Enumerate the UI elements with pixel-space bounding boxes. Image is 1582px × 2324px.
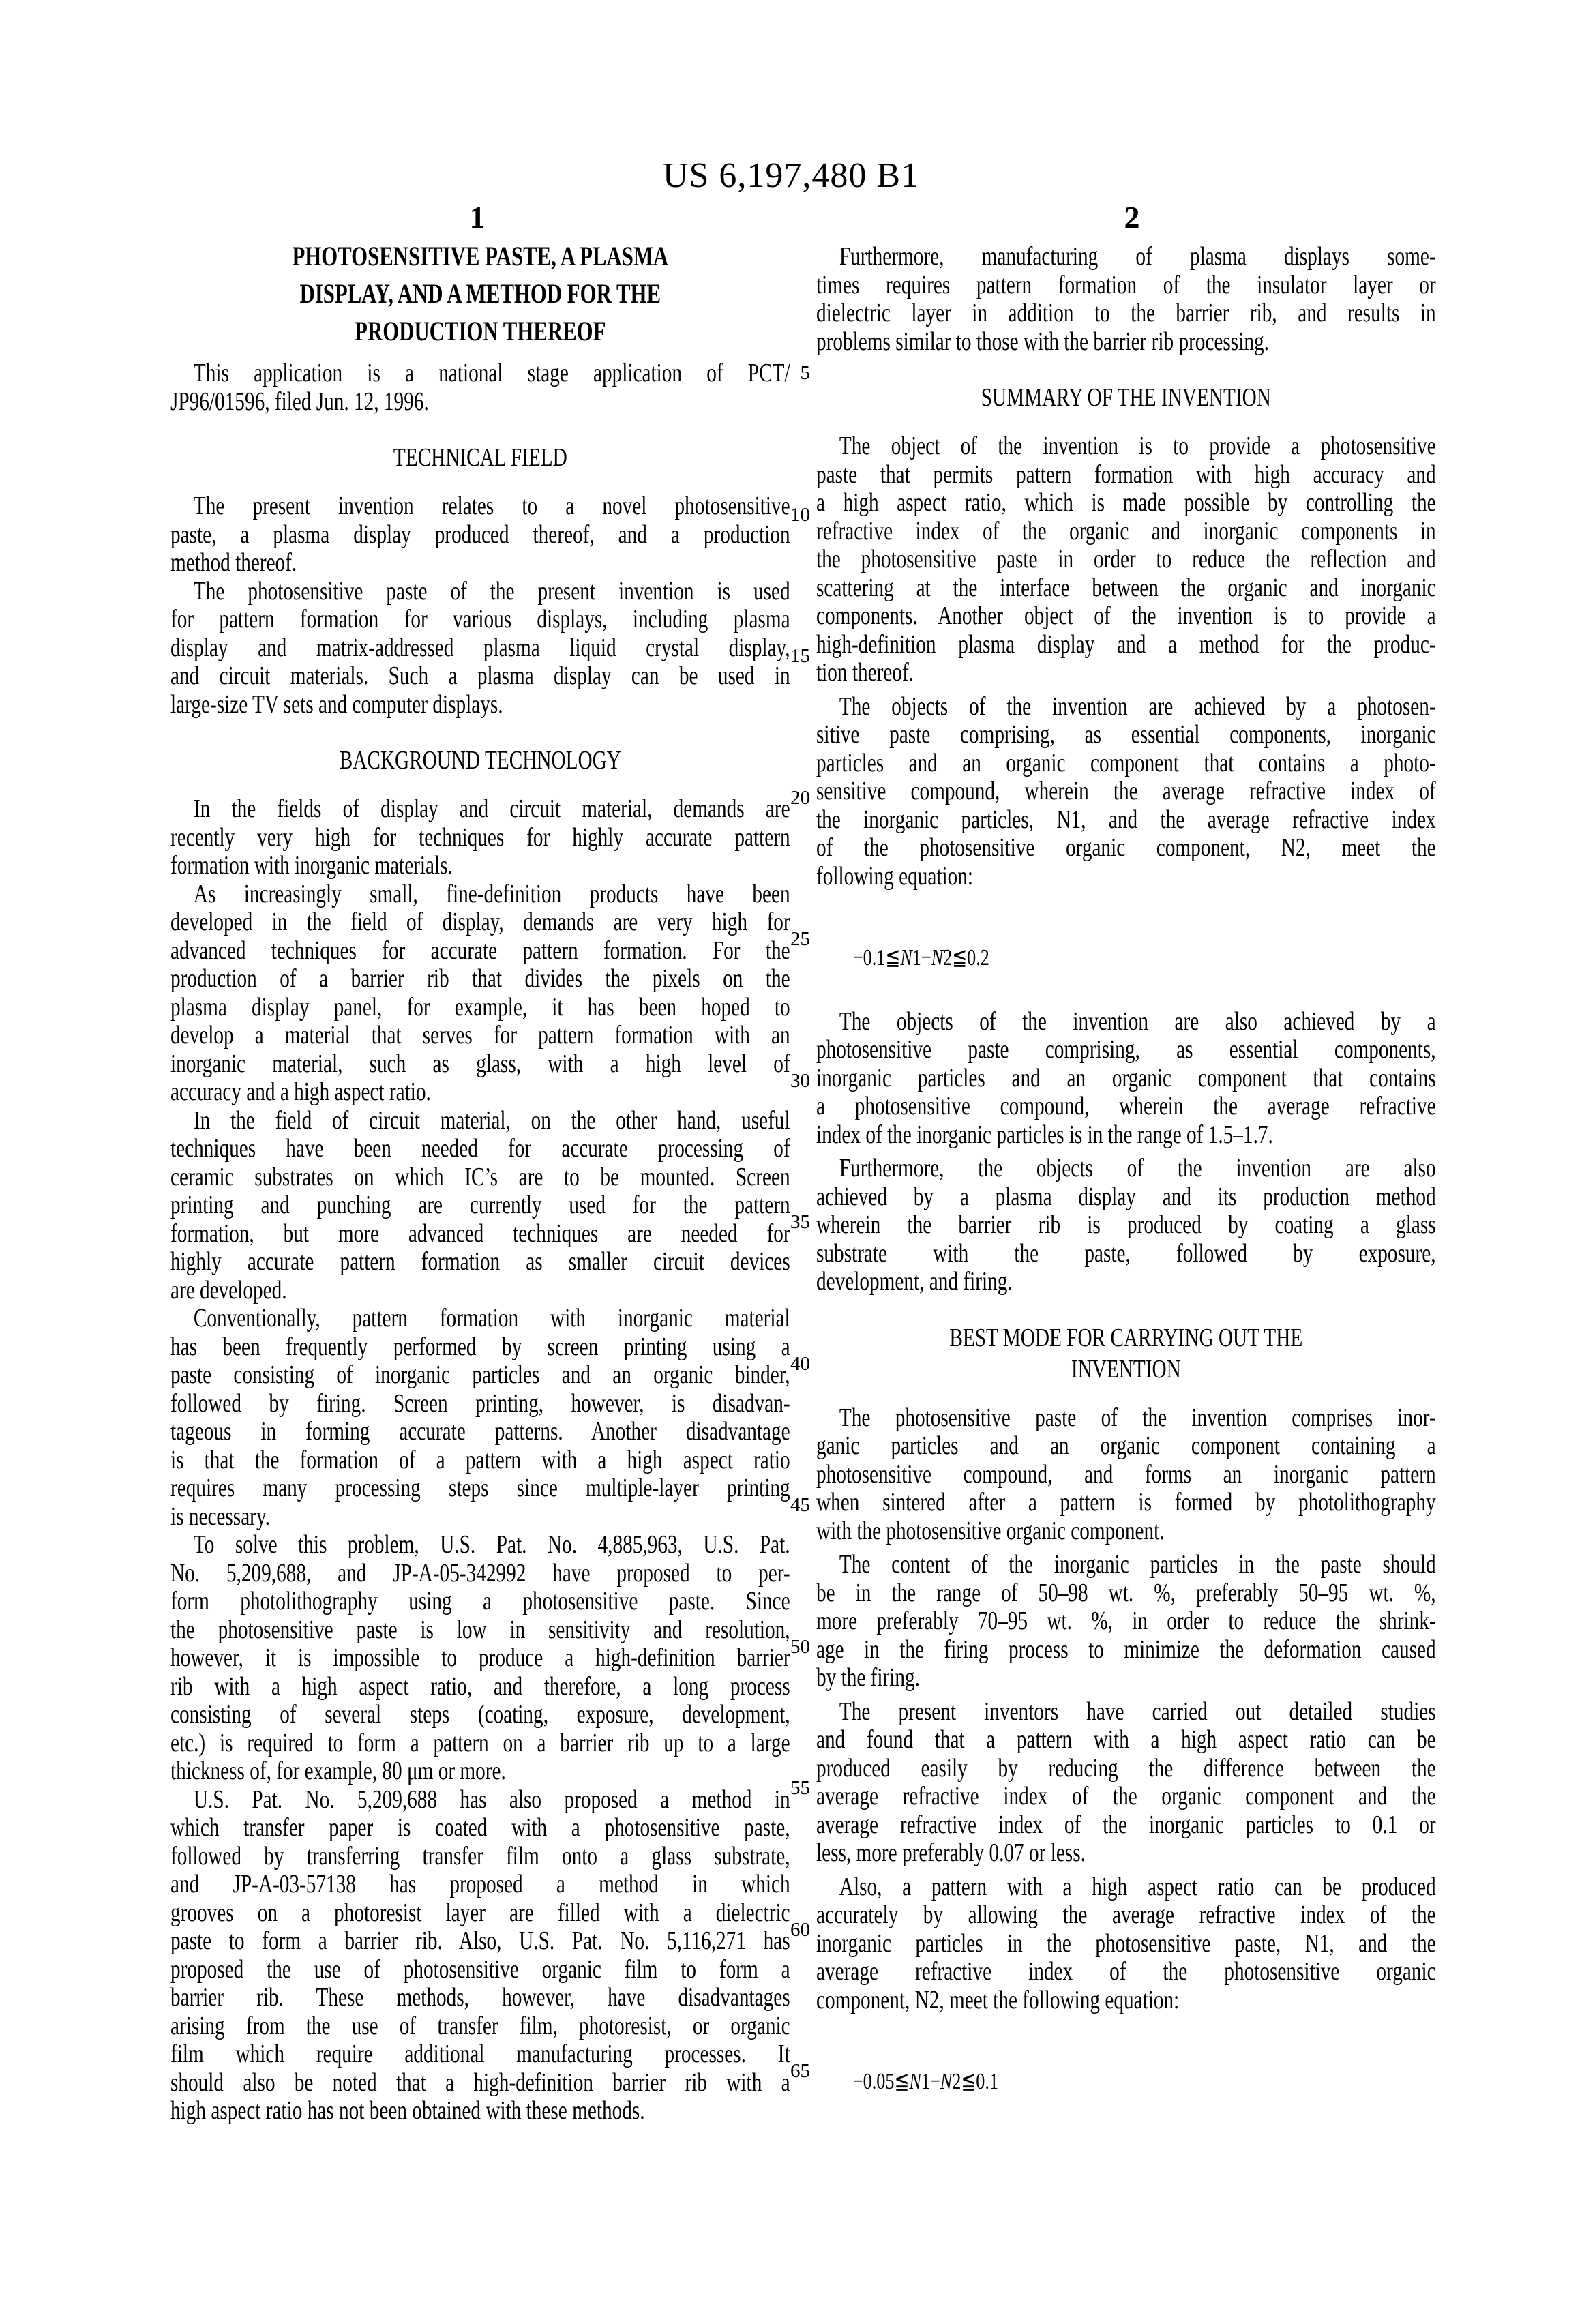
- equation: −0.05≦N1−N2≦0.1: [816, 2068, 1436, 2096]
- text-line: scattering at the interface between the …: [816, 574, 1436, 603]
- text-line: As increasingly small, fine-definition p…: [170, 880, 790, 909]
- line-number: 45: [753, 1493, 810, 1517]
- text-line: however, it is impossible to produce a h…: [170, 1644, 790, 1673]
- patent-number-header: US 6,197,480 B1: [0, 155, 1582, 196]
- text-line: paste that permits pattern formation wit…: [816, 461, 1436, 490]
- text-line: grooves on a photoresist layer are fille…: [170, 1899, 790, 1928]
- text-line: problems similar to those with the barri…: [816, 328, 1436, 357]
- text-line: of the photosensitive organic component,…: [816, 834, 1436, 863]
- text-line: photosensitive compound, and forms an in…: [816, 1461, 1436, 1489]
- paragraph: The objects of the invention are also ac…: [816, 1008, 1436, 1150]
- line-number: 25: [753, 927, 810, 951]
- text-line: techniques have been needed for accurate…: [170, 1135, 790, 1163]
- text-line: method thereof.: [170, 549, 790, 578]
- section-heading: BEST MODE FOR CARRYING OUT THEINVENTION: [816, 1322, 1436, 1385]
- section-heading-line: SUMMARY OF THE INVENTION: [816, 382, 1436, 413]
- text-line: be in the range of 50–98 wt. %, preferab…: [816, 1579, 1436, 1608]
- line-number: 55: [753, 1776, 810, 1800]
- text-line: is that the formation of a pattern with …: [170, 1446, 790, 1475]
- text-line: following equation:: [816, 863, 1436, 891]
- text-line: sensitive compound, wherein the average …: [816, 777, 1436, 806]
- text-line: The content of the inorganic particles i…: [816, 1551, 1436, 1579]
- text-line: barrier rib. These methods, however, hav…: [170, 1984, 790, 2012]
- text-line: the photosensitive paste in order to red…: [816, 546, 1436, 574]
- text-line: Also, a pattern with a high aspect ratio…: [816, 1873, 1436, 1902]
- text-line: high aspect ratio has not been obtained …: [170, 2097, 790, 2126]
- line-number: 50: [753, 1635, 810, 1659]
- text-line: high-definition plasma display and a met…: [816, 631, 1436, 659]
- paragraph: The present inventors have carried out d…: [816, 1698, 1436, 1868]
- text-line: plasma display panel, for example, it ha…: [170, 994, 790, 1022]
- section-heading: BACKGROUND TECHNOLOGY: [170, 745, 790, 776]
- text-line: The photosensitive paste of the present …: [170, 578, 790, 606]
- text-line: average refractive index of the organic …: [816, 1783, 1436, 1811]
- line-number: 35: [753, 1210, 810, 1234]
- paragraph: In the fields of display and circuit mat…: [170, 795, 790, 880]
- text-line: arising from the use of transfer film, p…: [170, 2012, 790, 2041]
- text-line: are developed.: [170, 1277, 790, 1305]
- paragraph: Conventionally, pattern formation with i…: [170, 1305, 790, 1531]
- text-line: components. Another object of the invent…: [816, 602, 1436, 631]
- text-line: should also be noted that a high-definit…: [170, 2069, 790, 2098]
- text-line: tageous in forming accurate patterns. An…: [170, 1418, 790, 1446]
- text-line: Conventionally, pattern formation with i…: [170, 1305, 790, 1333]
- column-right: Furthermore, manufacturing of plasma dis…: [816, 237, 1582, 2132]
- text-line: the inorganic particles, N1, and the ave…: [816, 806, 1436, 835]
- text-line: develop a material that serves for patte…: [170, 1022, 790, 1050]
- line-number: 5: [753, 361, 810, 385]
- section-heading: SUMMARY OF THE INVENTION: [816, 382, 1436, 413]
- invention-title: PHOTOSENSITIVE PASTE, A PLASMA DISPLAY, …: [170, 237, 790, 350]
- text-line: The present inventors have carried out d…: [816, 1698, 1436, 1727]
- text-line: is necessary.: [170, 1503, 790, 1532]
- text-line: paste to form a barrier rib. Also, U.S. …: [170, 1927, 790, 1956]
- text-line: for pattern formation for various displa…: [170, 606, 790, 634]
- invention-title-line: PRODUCTION THEREOF: [170, 312, 790, 350]
- section-heading-line: BEST MODE FOR CARRYING OUT THE: [816, 1322, 1436, 1354]
- invention-title-line: DISPLAY, AND A METHOD FOR THE: [170, 275, 790, 312]
- paragraph: To solve this problem, U.S. Pat. No. 4,8…: [170, 1531, 790, 1786]
- line-number: 40: [753, 1352, 810, 1376]
- line-number: 10: [753, 503, 810, 527]
- paragraph: Also, a pattern with a high aspect ratio…: [816, 1873, 1436, 2015]
- paragraph: The content of the inorganic particles i…: [816, 1551, 1436, 1693]
- text-line: substrate with the paste, followed by ex…: [816, 1240, 1436, 1268]
- text-line: and JP-A-03-57138 has proposed a method …: [170, 1871, 790, 1899]
- paragraph: This application is a national stage app…: [170, 359, 790, 416]
- text-line: development, and firing.: [816, 1268, 1436, 1296]
- text-line: average refractive index of the inorgani…: [816, 1811, 1436, 1840]
- paragraph: The present invention relates to a novel…: [170, 492, 790, 578]
- text-line: In the fields of display and circuit mat…: [170, 795, 790, 824]
- text-line: produced easily by reducing the differen…: [816, 1755, 1436, 1783]
- text-line: This application is a national stage app…: [170, 359, 790, 388]
- text-line: developed in the field of display, deman…: [170, 908, 790, 937]
- text-line: by the firing.: [816, 1664, 1436, 1693]
- text-line: less, more preferably 0.07 or less.: [816, 1839, 1436, 1868]
- text-line: inorganic particles in the photosensitiv…: [816, 1930, 1436, 1958]
- column-number-left: 1: [409, 199, 546, 235]
- text-line: paste consisting of inorganic particles …: [170, 1361, 790, 1390]
- text-line: times requires pattern formation of the …: [816, 271, 1436, 300]
- text-line: film which require additional manufactur…: [170, 2040, 790, 2069]
- line-number: 30: [753, 1069, 810, 1093]
- text-line: sitive paste comprising, as essential co…: [816, 721, 1436, 749]
- text-line: thickness of, for example, 80 μm or more…: [170, 1757, 790, 1786]
- text-line: requires many processing steps since mul…: [170, 1474, 790, 1503]
- text-line: form photolithography using a photosensi…: [170, 1588, 790, 1616]
- text-line: refractive index of the organic and inor…: [816, 518, 1436, 546]
- text-line: display and matrix-addressed plasma liqu…: [170, 634, 790, 663]
- column-left-inner: PHOTOSENSITIVE PASTE, A PLASMA DISPLAY, …: [170, 237, 790, 2126]
- paragraph: The object of the invention is to provid…: [816, 432, 1436, 687]
- text-line: In the field of circuit material, on the…: [170, 1107, 790, 1135]
- text-line: formation with inorganic materials.: [170, 852, 790, 880]
- text-line: proposed the use of photosensitive organ…: [170, 1956, 790, 1984]
- paragraph: Furthermore, the objects of the inventio…: [816, 1154, 1436, 1296]
- line-number: 15: [753, 644, 810, 668]
- paragraph: Furthermore, manufacturing of plasma dis…: [816, 243, 1436, 356]
- text-line: inorganic material, such as glass, with …: [170, 1050, 790, 1079]
- section-heading-line: INVENTION: [816, 1354, 1436, 1385]
- text-line: Furthermore, the objects of the inventio…: [816, 1154, 1436, 1183]
- equation: −0.1≦N1−N2≦0.2: [816, 944, 1436, 972]
- text-line: the photosensitive paste is low in sensi…: [170, 1616, 790, 1645]
- text-line: Furthermore, manufacturing of plasma dis…: [816, 243, 1436, 271]
- text-line: age in the firing process to minimize th…: [816, 1636, 1436, 1665]
- text-line: more preferably 70–95 wt. %, in order to…: [816, 1607, 1436, 1636]
- text-line: and circuit materials. Such a plasma dis…: [170, 662, 790, 691]
- text-line: inorganic particles and an organic compo…: [816, 1064, 1436, 1093]
- text-line: a high aspect ratio, which is made possi…: [816, 489, 1436, 518]
- column-number-right: 2: [1064, 199, 1200, 235]
- text-line: U.S. Pat. No. 5,209,688 has also propose…: [170, 1786, 790, 1815]
- text-line: and found that a pattern with a high asp…: [816, 1726, 1436, 1755]
- text-line: paste, a plasma display produced thereof…: [170, 521, 790, 550]
- text-line: The photosensitive paste of the inventio…: [816, 1404, 1436, 1433]
- paragraph: The objects of the invention are achieve…: [816, 693, 1436, 891]
- text-line: The object of the invention is to provid…: [816, 432, 1436, 461]
- text-line: with the photosensitive organic componen…: [816, 1517, 1436, 1546]
- text-line: has been frequently performed by screen …: [170, 1333, 790, 1362]
- invention-title-line: PHOTOSENSITIVE PASTE, A PLASMA: [170, 237, 790, 275]
- column-left-blocks: This application is a national stage app…: [170, 359, 790, 2126]
- section-heading-line: BACKGROUND TECHNOLOGY: [170, 745, 790, 776]
- text-line: rib with a high aspect ratio, and theref…: [170, 1673, 790, 1701]
- text-line: a photosensitive compound, wherein the a…: [816, 1092, 1436, 1121]
- text-line: dielectric layer in addition to the barr…: [816, 299, 1436, 328]
- text-line: highly accurate pattern formation as sma…: [170, 1248, 790, 1277]
- text-line: followed by transferring transfer film o…: [170, 1843, 790, 1871]
- text-line: accuracy and a high aspect ratio.: [170, 1078, 790, 1107]
- line-number: 60: [753, 1918, 810, 1942]
- text-line: formation, but more advanced techniques …: [170, 1220, 790, 1249]
- text-line: achieved by a plasma display and its pro…: [816, 1183, 1436, 1212]
- text-line: production of a barrier rib that divides…: [170, 965, 790, 994]
- text-line: etc.) is required to form a pattern on a…: [170, 1729, 790, 1758]
- text-line: particles and an organic component that …: [816, 749, 1436, 778]
- text-line: accurately by allowing the average refra…: [816, 1901, 1436, 1930]
- column-right-blocks: Furthermore, manufacturing of plasma dis…: [816, 243, 1436, 2096]
- paragraph: As increasingly small, fine-definition p…: [170, 880, 790, 1107]
- text-line: followed by firing. Screen printing, how…: [170, 1390, 790, 1418]
- text-line: printing and punching are currently used…: [170, 1191, 790, 1220]
- text-line: To solve this problem, U.S. Pat. No. 4,8…: [170, 1531, 790, 1560]
- patent-page: { "header": { "patent_number": "US 6,197…: [0, 0, 1582, 2324]
- text-line: ganic particles and an organic component…: [816, 1432, 1436, 1461]
- text-line: ceramic substrates on which IC’s are to …: [170, 1163, 790, 1192]
- line-number: 20: [753, 786, 810, 810]
- paragraph: The photosensitive paste of the inventio…: [816, 1404, 1436, 1546]
- text-line: The objects of the invention are also ac…: [816, 1008, 1436, 1037]
- text-line: index of the inorganic particles is in t…: [816, 1121, 1436, 1150]
- text-line: JP96/01596, filed Jun. 12, 1996.: [170, 388, 790, 417]
- text-line: wherein the barrier rib is produced by c…: [816, 1211, 1436, 1240]
- text-line: No. 5,209,688, and JP-A-05-342992 have p…: [170, 1560, 790, 1588]
- paragraph: The photosensitive paste of the present …: [170, 578, 790, 719]
- text-line: advanced techniques for accurate pattern…: [170, 937, 790, 966]
- text-line: tion thereof.: [816, 659, 1436, 687]
- paragraph: In the field of circuit material, on the…: [170, 1107, 790, 1305]
- text-line: when sintered after a pattern is formed …: [816, 1489, 1436, 1517]
- text-line: The objects of the invention are achieve…: [816, 693, 1436, 721]
- text-line: The present invention relates to a novel…: [170, 492, 790, 521]
- text-line: component, N2, meet the following equati…: [816, 1986, 1436, 2015]
- text-line: recently very high for techniques for hi…: [170, 824, 790, 852]
- text-line: average refractive index of the photosen…: [816, 1958, 1436, 1986]
- text-line: consisting of several steps (coating, ex…: [170, 1701, 790, 1729]
- text-line: large-size TV sets and computer displays…: [170, 691, 790, 719]
- column-right-inner: Furthermore, manufacturing of plasma dis…: [816, 243, 1436, 2096]
- line-number: 65: [753, 2059, 810, 2083]
- paragraph: U.S. Pat. No. 5,209,688 has also propose…: [170, 1786, 790, 2126]
- section-heading: TECHNICAL FIELD: [170, 442, 790, 473]
- text-line: photosensitive paste comprising, as esse…: [816, 1036, 1436, 1064]
- section-heading-line: TECHNICAL FIELD: [170, 442, 790, 473]
- text-line: which transfer paper is coated with a ph…: [170, 1814, 790, 1843]
